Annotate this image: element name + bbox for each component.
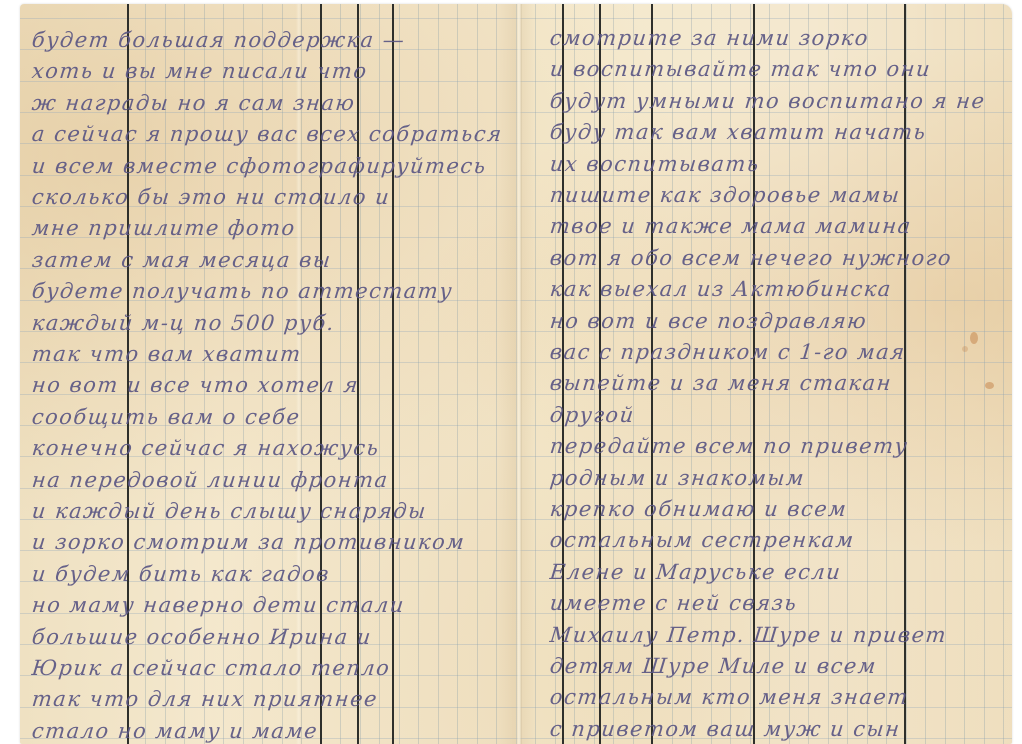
handwritten-line: вас с праздником с 1-го мая (549, 340, 907, 364)
handwritten-line: но вот и все что хотел я (31, 373, 360, 397)
handwritten-line: будут умными то воспитано я не (549, 89, 987, 113)
grid-line (379, 4, 380, 744)
handwritten-line: хоть и вы мне писали что (31, 59, 369, 83)
grid-line (535, 4, 536, 744)
handwritten-line: буду так вам хватит начать (549, 120, 928, 144)
handwritten-line: но маму наверно дети стали (31, 593, 406, 617)
handwritten-line: мне пришлите фото (31, 216, 297, 240)
handwritten-line: стало но маму и маме (31, 719, 320, 743)
handwritten-line: смотрите за ними зорко (549, 26, 871, 50)
handwritten-line: каждый м-ц по 500 руб. (31, 311, 337, 335)
handwritten-line: большие особенно Ирина и (31, 625, 373, 649)
handwritten-line: Елене и Маруське если (549, 560, 843, 584)
grid-line (477, 4, 478, 744)
handwritten-line: пишите как здоровье мамы (549, 183, 902, 207)
handwritten-line: будет большая поддержка — (31, 28, 407, 52)
handwritten-line: так что для них приятнее (31, 687, 380, 711)
handwritten-line: передайте всем по привету (549, 434, 910, 458)
column-rule (392, 4, 394, 744)
grid-line (496, 4, 497, 744)
handwritten-line: остальным кто меня знает (549, 685, 910, 709)
handwritten-line: как выехал из Актюбинска (549, 277, 893, 301)
handwritten-line: их воспитывать (549, 152, 761, 176)
handwritten-line: конечно сейчас я нахожусь (31, 436, 381, 460)
handwritten-line: сколько бы это ни стоило и (31, 185, 392, 209)
handwritten-line: выпейте и за меня стакан (549, 371, 894, 395)
handwritten-line: а сейчас я прошу вас всех собраться (31, 122, 504, 146)
handwritten-line: будете получать по аттестату (31, 279, 455, 303)
handwritten-line: и будем бить как гадов (31, 562, 332, 586)
handwritten-line: затем с мая месяца вы (31, 248, 333, 272)
handwritten-line: и каждый день слышу снаряды (31, 499, 428, 523)
handwritten-line: крепко обнимаю и всем (549, 497, 849, 521)
handwritten-line: сообщить вам о себе (31, 405, 302, 429)
grid-line (399, 4, 400, 744)
paper-stain (985, 382, 994, 389)
grid-line (457, 4, 458, 744)
paper-stain (970, 332, 978, 344)
grid-line (438, 4, 439, 744)
handwritten-line: твое и также мама мамина (549, 214, 913, 238)
grid-line (418, 4, 419, 744)
handwritten-line: вот я обо всем нечего нужного (549, 246, 954, 270)
grid-line (964, 4, 965, 744)
handwritten-line: и воспитывайте так что они (549, 57, 933, 81)
handwritten-line: детям Шуре Миле и всем (549, 654, 878, 678)
handwritten-line: Юрик а сейчас стало тепло (31, 656, 392, 680)
handwritten-line: родным и знакомым (549, 466, 807, 490)
handwritten-line: на передовой линии фронта (31, 468, 390, 492)
handwritten-line: имеете с ней связь (549, 591, 799, 615)
handwritten-line: и всем вместе сфотографируйтесь (31, 154, 488, 178)
grid-line (1003, 4, 1004, 744)
handwritten-line: другой (549, 403, 636, 427)
grid-line (984, 4, 985, 744)
handwritten-line: так что вам хватит (31, 342, 303, 366)
handwritten-line: и зорко смотрим за противником (31, 530, 467, 554)
paper-stain (962, 346, 968, 352)
handwritten-line: ж награды но я сам знаю (31, 91, 357, 115)
letter-sheet: будет большая поддержка —хоть и вы мне п… (20, 4, 1012, 744)
handwritten-line: но вот и все поздравляю (549, 309, 869, 333)
handwritten-line: Михаилу Петр. Шуре и привет (549, 623, 949, 647)
handwritten-line: остальным сестренкам (549, 528, 856, 552)
paper-fold-center (516, 4, 522, 744)
handwritten-line: с приветом ваш муж и сын (549, 717, 902, 741)
